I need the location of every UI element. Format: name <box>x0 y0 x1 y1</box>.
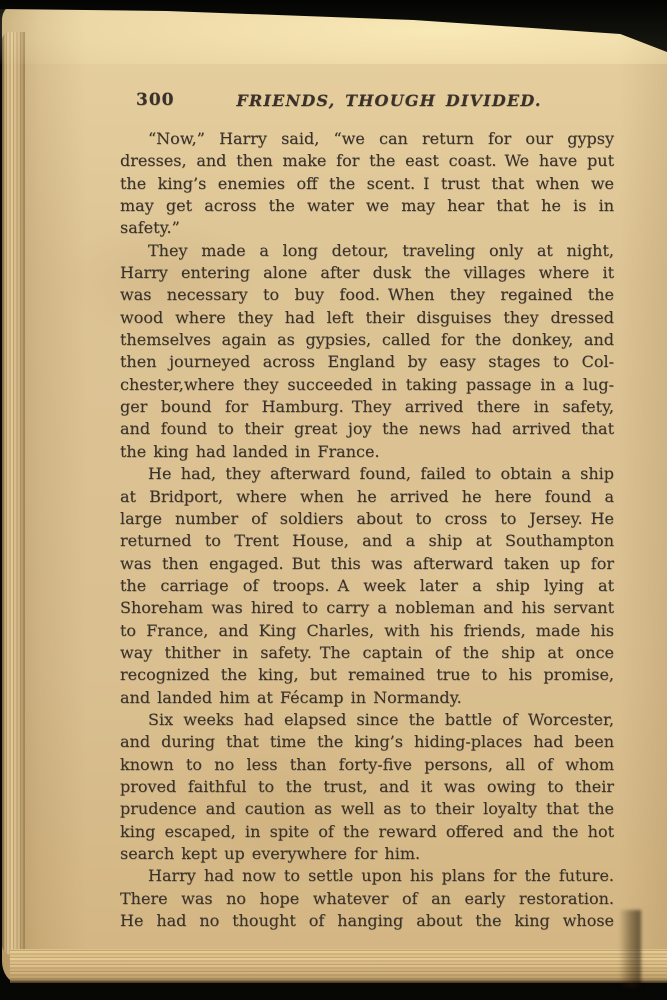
page-header: 300 FRIENDS, THOUGH DIVIDED. <box>120 90 614 128</box>
page-edge-stack-bottom <box>10 949 667 983</box>
text-line: was necessary to buy food. When they reg… <box>120 284 614 306</box>
text-line: known to no less than forty-five persons… <box>120 754 614 776</box>
text-line: then journeyed across England by easy st… <box>120 351 614 373</box>
text-line: ger bound for Hamburg. They arrived ther… <box>120 396 614 418</box>
text-line: large number of soldiers about to cross … <box>120 508 614 530</box>
text-line: He had no thought of hanging about the k… <box>120 910 614 932</box>
text-line: prudence and caution as well as to their… <box>120 798 614 820</box>
text-line: Harry had now to settle upon his plans f… <box>120 865 614 887</box>
book-page: 300 FRIENDS, THOUGH DIVIDED. “Now,” Harr… <box>2 6 667 983</box>
text-line: king escaped, in spite of the reward off… <box>120 821 614 843</box>
text-line: wood where they had left their disguises… <box>120 307 614 329</box>
page-edge-stack-left <box>2 32 25 955</box>
page-content: 300 FRIENDS, THOUGH DIVIDED. “Now,” Harr… <box>120 90 614 932</box>
text-line: the carriage of troops. A week later a s… <box>120 575 614 597</box>
text-line: chester,where they succeeded in taking p… <box>120 374 614 396</box>
text-line: “Now,” Harry said, “we can return for ou… <box>120 128 614 150</box>
scanned-book-photo: 300 FRIENDS, THOUGH DIVIDED. “Now,” Harr… <box>0 0 667 1000</box>
text-line: the king’s enemies off the scent. I trus… <box>120 173 614 195</box>
page-text: “Now,” Harry said, “we can return for ou… <box>120 128 614 932</box>
text-line: Six weeks had elapsed since the battle o… <box>120 709 614 731</box>
text-line: dresses, and then make for the east coas… <box>120 150 614 172</box>
running-title: FRIENDS, THOUGH DIVIDED. <box>164 91 614 110</box>
text-line: way thither in safety. The captain of th… <box>120 642 614 664</box>
text-line: He had, they afterward found, failed to … <box>120 463 614 485</box>
text-line: They made a long detour, traveling only … <box>120 240 614 262</box>
text-line: and found to their great joy the news ha… <box>120 418 614 440</box>
text-line: and during that time the king’s hiding-p… <box>120 731 614 753</box>
text-line: and landed him at Fécamp in Normandy. <box>120 687 614 709</box>
text-line: to France, and King Charles, with his fr… <box>120 620 614 642</box>
text-line: was then engaged. But this was afterward… <box>120 553 614 575</box>
text-line: the king had landed in France. <box>120 441 614 463</box>
text-line: themselves again as gypsies, called for … <box>120 329 614 351</box>
text-line: may get across the water we may hear tha… <box>120 195 614 240</box>
text-line: at Bridport, where when he arrived he he… <box>120 486 614 508</box>
text-line: Shoreham was hired to carry a nobleman a… <box>120 597 614 619</box>
text-line: search kept up everywhere for him. <box>120 843 614 865</box>
text-line: There was no hope whatever of an early r… <box>120 888 614 910</box>
text-line: proved faithful to the trust, and it was… <box>120 776 614 798</box>
text-line: returned to Trent House, and a ship at S… <box>120 530 614 552</box>
text-line: Harry entering alone after dusk the vill… <box>120 262 614 284</box>
text-line: recognized the king, but remained true t… <box>120 664 614 686</box>
